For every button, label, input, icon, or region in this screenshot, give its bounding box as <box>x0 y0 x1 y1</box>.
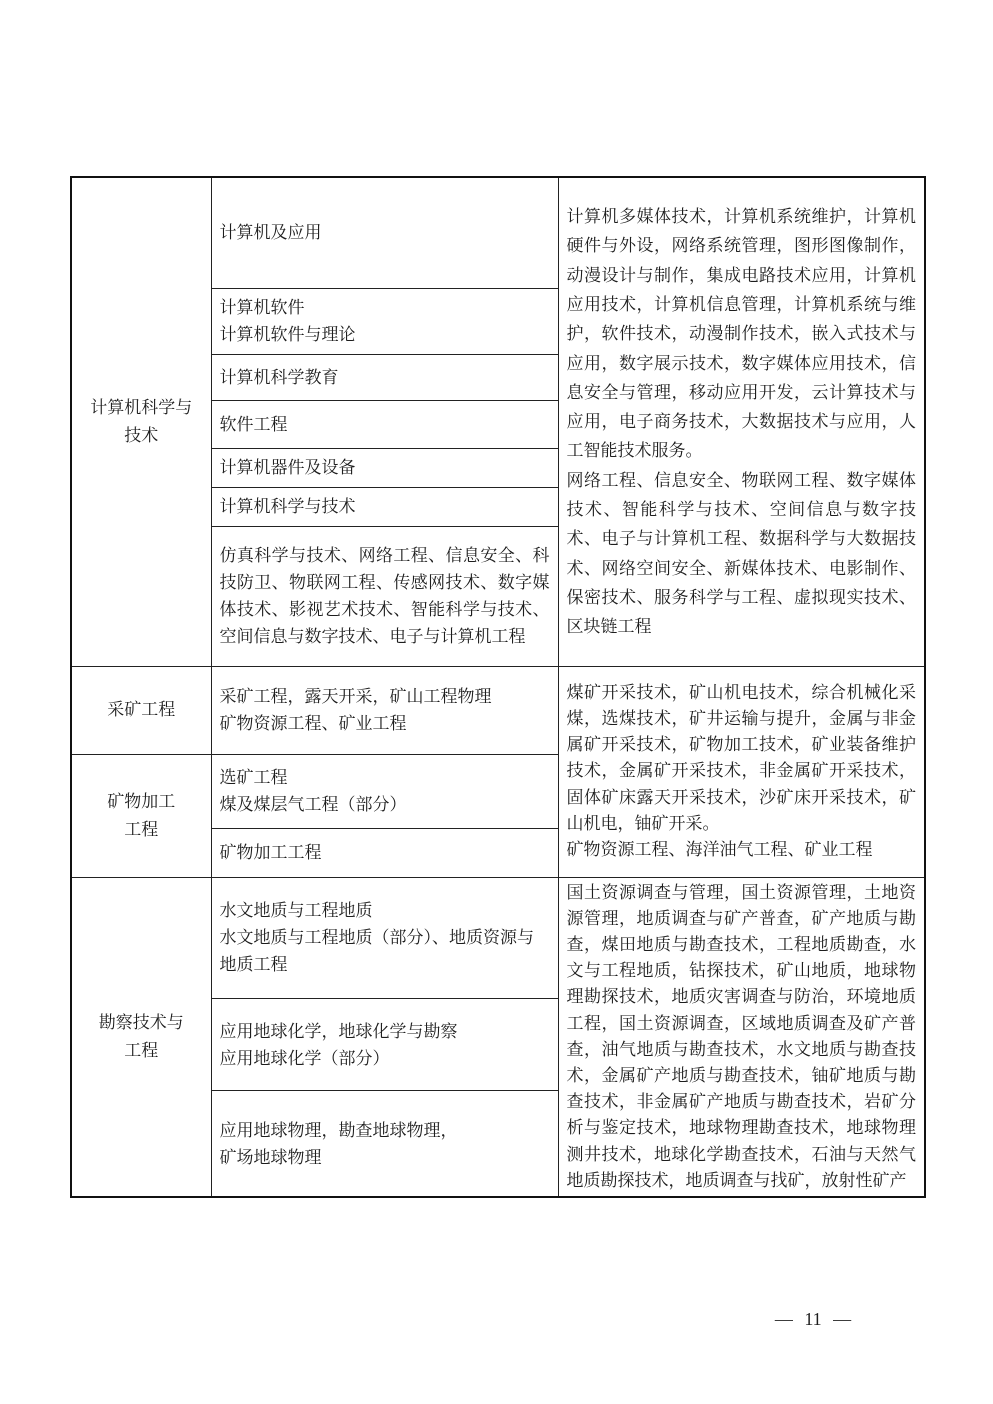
table-row: 采矿工程 采矿工程，露天开采，矿山工程物理 矿物资源工程、矿业工程 煤矿开采技术… <box>71 666 925 754</box>
category-cell: 采矿工程 <box>71 666 211 754</box>
old-major-cell: 仿真科学与技术、网络工程、信息安全、科技防卫、物联网工程、传感网技术、数字媒体技… <box>211 526 558 666</box>
category-cell: 勘察技术与 工程 <box>71 877 211 1197</box>
related-majors-cell: 煤矿开采技术，矿山机电技术，综合机械化采煤，选煤技术，矿井运输与提升，金属与非金… <box>558 666 925 877</box>
old-major-cell: 计算机科学与技术 <box>211 487 558 526</box>
old-major-cell: 矿物加工工程 <box>211 828 558 877</box>
category-cell: 矿物加工 工程 <box>71 754 211 877</box>
majors-correspondence-table: 计算机科学与 技术 计算机及应用 计算机多媒体技术，计算机系统维护，计算机硬件与… <box>70 176 926 1198</box>
old-major-cell: 选矿工程 煤及煤层气工程（部分） <box>211 754 558 828</box>
old-major-cell: 采矿工程，露天开采，矿山工程物理 矿物资源工程、矿业工程 <box>211 666 558 754</box>
old-major-cell: 计算机器件及设备 <box>211 448 558 487</box>
related-majors-cell: 计算机多媒体技术，计算机系统维护，计算机硬件与外设，网络系统管理，图形图像制作，… <box>558 177 925 666</box>
old-major-cell: 计算机及应用 <box>211 177 558 288</box>
document-page: 计算机科学与 技术 计算机及应用 计算机多媒体技术，计算机系统维护，计算机硬件与… <box>0 0 993 1404</box>
related-majors-cell: 国土资源调查与管理，国土资源管理，土地资源管理，地质调查与矿产普查，矿产地质与勘… <box>558 877 925 1197</box>
page-number: — 11 — <box>758 1308 868 1330</box>
old-major-cell: 计算机科学教育 <box>211 354 558 400</box>
old-major-cell: 应用地球化学，地球化学与勘察 应用地球化学（部分） <box>211 999 558 1091</box>
old-major-cell: 软件工程 <box>211 400 558 448</box>
old-major-cell: 应用地球物理，勘查地球物理， 矿场地球物理 <box>211 1091 558 1197</box>
category-cell: 计算机科学与 技术 <box>71 177 211 666</box>
table-row: 计算机科学与 技术 计算机及应用 计算机多媒体技术，计算机系统维护，计算机硬件与… <box>71 177 925 288</box>
table-row: 勘察技术与 工程 水文地质与工程地质 水文地质与工程地质（部分）、地质资源与地质… <box>71 877 925 999</box>
old-major-cell: 水文地质与工程地质 水文地质与工程地质（部分）、地质资源与地质工程 <box>211 877 558 999</box>
old-major-cell: 计算机软件 计算机软件与理论 <box>211 288 558 354</box>
